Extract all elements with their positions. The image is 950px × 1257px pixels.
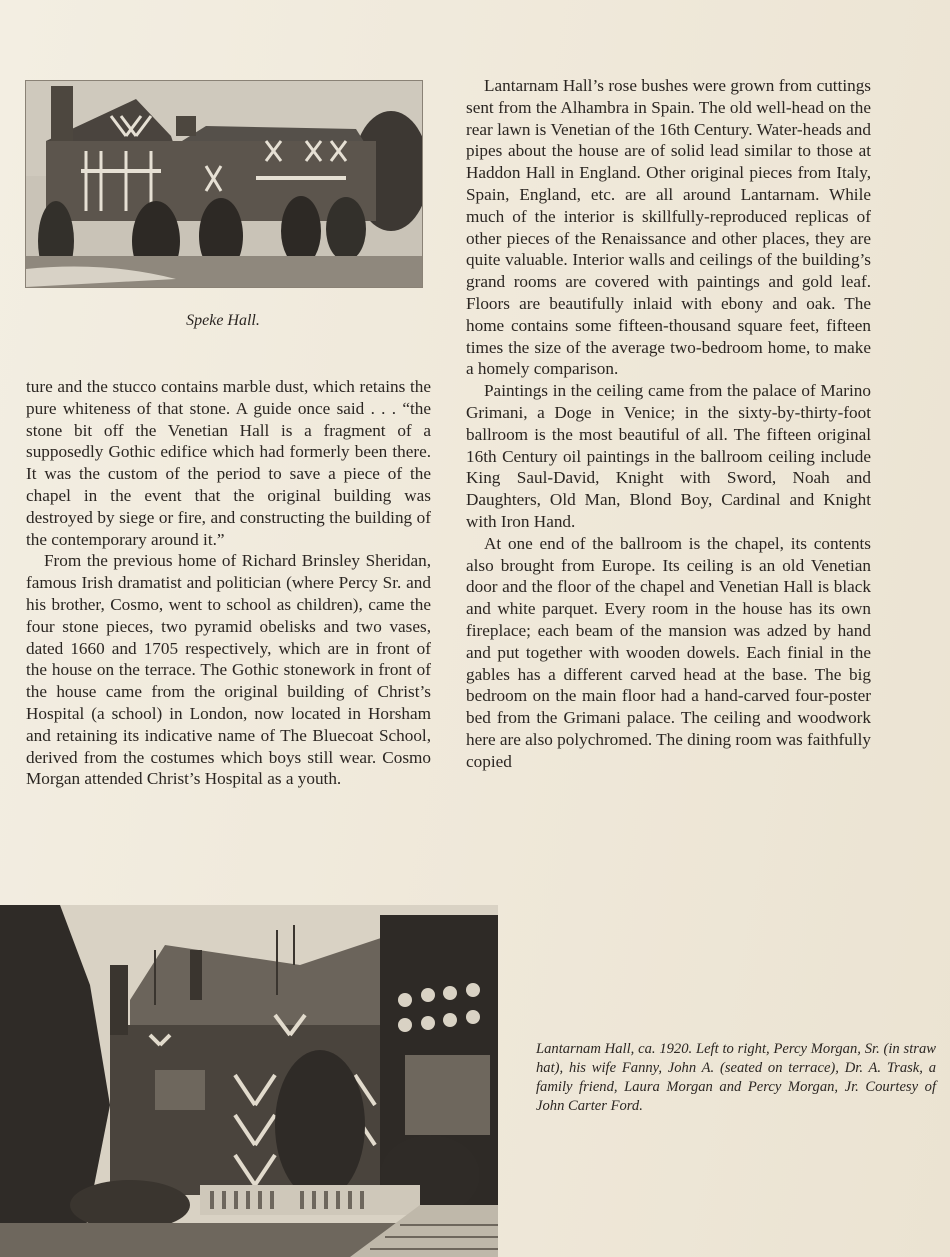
lantarnam-hall-photo	[0, 905, 498, 1257]
right-text-column: Lantarnam Hall’s rose bushes were grown …	[466, 75, 871, 773]
paragraph: ture and the stucco contains marble dust…	[26, 376, 431, 550]
paragraph: At one end of the ballroom is the chapel…	[466, 533, 871, 773]
speke-hall-caption: Speke Hall.	[25, 312, 421, 330]
speke-hall-illustration	[26, 81, 422, 287]
paragraph: Lantarnam Hall’s rose bushes were grown …	[466, 75, 871, 380]
lantarnam-hall-caption: Lantarnam Hall, ca. 1920. Left to right,…	[536, 1040, 936, 1116]
paragraph: From the previous home of Richard Brinsl…	[26, 550, 431, 790]
left-text-column: ture and the stucco contains marble dust…	[26, 376, 431, 790]
speke-hall-photo	[25, 80, 423, 288]
paragraph: Paintings in the ceiling came from the p…	[466, 380, 871, 533]
lantarnam-hall-illustration	[0, 905, 498, 1257]
